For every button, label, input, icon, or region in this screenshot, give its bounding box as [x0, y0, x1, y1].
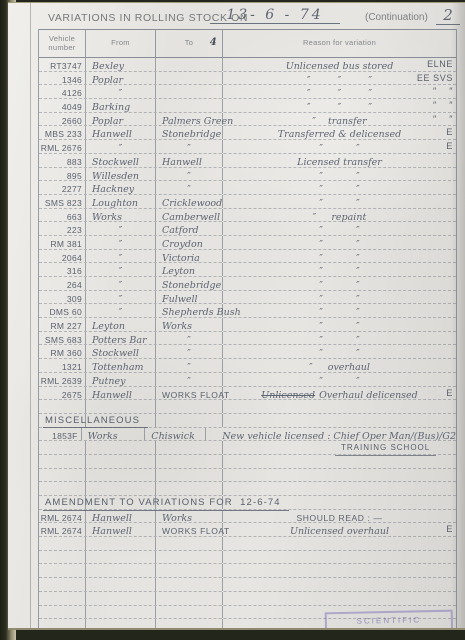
reason-cell: ″ ″: [223, 277, 456, 290]
from-cell: Poplar: [86, 72, 156, 85]
stamp-text: SCIENTIFIC: [357, 615, 422, 625]
to-cell: ″: [156, 359, 223, 372]
reason-text: ″ ″: [319, 376, 359, 387]
from-cell-text: Hackney: [92, 184, 134, 195]
margin-code: E: [446, 523, 453, 537]
column-header-vehicle: Vehicle number: [39, 30, 86, 57]
vehicle-cell: DMS 60: [39, 304, 86, 317]
to-cell-text: Chiswick: [151, 431, 195, 442]
to-cell-text: ″: [187, 171, 191, 182]
table-row: 309″Fulwell″ ″: [39, 291, 456, 305]
table-row: 663WorksCamberwell″ repaint: [39, 209, 456, 223]
table-row: RML 2639Putney″″ ″: [39, 373, 456, 387]
from-cell: ″: [86, 304, 156, 317]
from-cell: Potters Bar: [86, 332, 156, 345]
vehicle-cell-text: 1346: [62, 75, 82, 85]
variations-table: Vehicle number From To 4 Reason for vari…: [38, 29, 457, 630]
from-cell: ″: [86, 250, 156, 263]
to-cell-text: WORKS FLOAT: [162, 526, 230, 536]
from-cell-text: Stockwell: [92, 348, 139, 359]
from-cell-text: Hanwell: [92, 129, 132, 140]
vehicle-cell: MBS 233: [39, 126, 86, 139]
to-cell-text: Camberwell: [162, 212, 220, 223]
vehicle-cell-text: 895: [67, 171, 82, 181]
reason-cell: ″ ″: [223, 250, 456, 263]
reason-text: Overhaul delicensed: [319, 390, 418, 401]
vehicle-cell: RM 360: [39, 345, 86, 358]
from-cell-text: Putney: [92, 376, 125, 387]
table-row: 223″Catford″ ″: [39, 222, 456, 236]
to-cell: ″: [156, 181, 223, 194]
reason-cell: ″ ″: [223, 263, 456, 276]
to-cell: Stonebridge: [156, 277, 223, 290]
table-row: 264″Stonebridge″ ″: [39, 277, 456, 291]
table-row: MISCELLANEOUS: [39, 414, 456, 428]
to-cell-text: ″: [187, 348, 191, 359]
to-cell-text: Fulwell: [162, 294, 198, 305]
to-cell: Cricklewood: [156, 195, 223, 208]
vehicle-cell: 1321: [39, 359, 86, 372]
to-cell: [156, 564, 223, 577]
table-row: RM 381″Croydon″ ″: [39, 236, 456, 250]
reason-text: ″ ″: [319, 307, 359, 318]
vehicle-cell: [39, 606, 86, 619]
to-cell: ″: [156, 345, 223, 358]
from-cell-text: Poplar: [92, 75, 123, 86]
table-row: [39, 537, 456, 551]
to-cell: Fulwell: [156, 291, 223, 304]
vehicle-cell-text: 2660: [62, 116, 82, 126]
from-cell: Putney: [86, 373, 156, 386]
reason-cell: [223, 564, 456, 577]
reason-text: New vehicle licensed : Chief Oper Man/(B…: [222, 431, 456, 442]
from-cell: Hanwell: [86, 523, 156, 536]
vehicle-cell-text: 2675: [62, 390, 82, 400]
to-cell: Works: [156, 318, 223, 331]
from-cell-text: Hanwell: [92, 513, 132, 524]
reason-text: ″ ″: [319, 143, 359, 154]
reason-cell: ″ ″: [223, 181, 456, 194]
table-header-row: Vehicle number From To 4 Reason for vari…: [39, 29, 456, 58]
margin-code: EE SVS: [417, 72, 453, 86]
section-label: AMENDMENT TO VARIATIONS FOR 12-6-74: [43, 497, 289, 511]
from-cell-text: Stockwell: [92, 157, 139, 168]
reason-cell: UnlicensedOverhaul delicensedE: [223, 387, 456, 400]
vehicle-cell: RML 2676: [39, 140, 86, 153]
to-cell-text: ″: [187, 143, 191, 154]
from-cell: [86, 482, 156, 495]
vehicle-cell-text: 264: [67, 280, 82, 290]
reason-cell: [223, 455, 456, 468]
table-row: [39, 564, 456, 578]
vehicle-cell-text: 663: [67, 212, 82, 222]
from-cell: Tottenham: [86, 359, 156, 372]
reason-cell: ″ ″: [223, 236, 456, 249]
to-cell: [156, 72, 223, 85]
from-cell-text: ″: [119, 88, 123, 99]
to-cell-text: ″: [187, 362, 191, 373]
from-cell-text: ″: [119, 143, 123, 154]
from-cell: ″: [86, 85, 156, 98]
to-cell-text: WORKS FLOAT: [162, 390, 230, 400]
reason-cell: ″ overhaul: [223, 359, 456, 372]
from-cell-text: ″: [119, 253, 123, 264]
from-cell-text: ″: [119, 266, 123, 277]
from-cell-text: Hanwell: [92, 390, 132, 401]
table-row: 895Willesden″″ ″: [39, 168, 456, 182]
to-cell-text: Leyton: [162, 266, 195, 277]
reason-cell: [223, 414, 456, 427]
from-cell: [86, 441, 156, 454]
reason-text: ″ ″: [319, 335, 359, 346]
from-cell-text: ″: [119, 225, 123, 236]
vehicle-cell: RML 2639: [39, 373, 86, 386]
vehicle-cell-text: 883: [67, 157, 82, 167]
table-row: 883StockwellHanwellLicensed transfer: [39, 154, 456, 168]
to-cell: [156, 578, 223, 591]
reason-cell: ″ ″E: [223, 140, 456, 153]
ink-mark: 4: [210, 37, 217, 48]
from-cell-text: Bexley: [92, 61, 124, 72]
vehicle-cell: RML 2674: [39, 523, 86, 536]
reason-cell: ″ ″ ″EE SVS: [223, 72, 456, 85]
reason-text: ″ ″: [319, 280, 359, 291]
to-cell-text: Catford: [162, 225, 199, 236]
from-cell-text: Willesden: [92, 171, 139, 182]
table-row: [39, 578, 456, 592]
from-cell-text: Tottenham: [92, 362, 144, 373]
to-cell: ″: [156, 168, 223, 181]
to-cell: WORKS FLOAT: [156, 387, 223, 400]
reason-text: ″ ″ ″: [307, 102, 372, 113]
note-label: TRAINING SCHOOL: [335, 442, 436, 456]
reason-cell: ″ ″: [223, 304, 456, 317]
to-cell: Victoria: [156, 250, 223, 263]
table-row: SMS 823LoughtonCricklewood″ ″: [39, 195, 456, 209]
to-cell: [156, 99, 223, 112]
reason-cell: [223, 482, 456, 495]
to-cell: [156, 400, 223, 413]
to-cell: [156, 469, 223, 482]
vehicle-cell: [39, 564, 86, 577]
to-cell-text: Croydon: [162, 239, 203, 250]
page-number: 2: [436, 6, 460, 25]
vehicle-cell: 2064: [39, 250, 86, 263]
from-cell: [86, 564, 156, 577]
to-cell-text: Stonebridge: [162, 129, 221, 140]
table-row: RML 2674HanwellWorksSHOULD READ : —: [39, 510, 456, 524]
vehicle-cell: [39, 455, 86, 468]
from-cell: Hanwell: [86, 510, 156, 523]
reason-text: Unlicensed bus stored: [286, 61, 394, 72]
to-cell: [156, 85, 223, 98]
margin-code: E: [446, 140, 453, 154]
table-row: DMS 60″Shepherds Bush″ ″: [39, 304, 456, 318]
to-cell: ″: [156, 373, 223, 386]
reason-cell: [223, 578, 456, 591]
continuation-label: (Continuation): [365, 12, 428, 23]
table-row: [39, 551, 456, 565]
vehicle-cell: 883: [39, 154, 86, 167]
table-row: [39, 592, 456, 606]
vehicle-cell-text: RM 381: [50, 239, 82, 249]
vehicle-cell-text: MBS 233: [45, 129, 82, 139]
vehicle-cell-text: 4126: [62, 88, 82, 98]
table-row: RML 2676″″″ ″E: [39, 140, 456, 154]
to-cell: [156, 414, 223, 427]
vehicle-cell: 2660: [39, 113, 86, 126]
title-bar: VARIATIONS IN ROLLING STOCK ON 13- 6 - 7…: [8, 8, 465, 30]
reason-text: ″ ″: [319, 253, 359, 264]
reason-cell: ″ ″ ″″ ″: [223, 99, 456, 112]
to-cell: ″: [156, 140, 223, 153]
vehicle-cell-text: 2277: [62, 184, 82, 194]
table-row: RML 2674HanwellWORKS FLOATUnlicensed ove…: [39, 523, 456, 537]
vehicle-cell: [39, 551, 86, 564]
reason-text: ″ ″: [319, 294, 359, 305]
reason-text: ″ ″: [319, 171, 359, 182]
from-cell: Bexley: [86, 58, 156, 71]
table-row: 4049Barking″ ″ ″″ ″: [39, 99, 456, 113]
to-cell-text: Stonebridge: [162, 280, 221, 291]
vehicle-cell: [39, 482, 86, 495]
vehicle-cell-text: SMS 683: [45, 335, 82, 345]
from-cell: ″: [86, 140, 156, 153]
from-cell: Hackney: [86, 181, 156, 194]
from-cell-text: Hanwell: [92, 526, 132, 537]
from-cell: [86, 551, 156, 564]
from-cell-text: ″: [119, 280, 123, 291]
from-cell: Barking: [86, 99, 156, 112]
to-cell: Shepherds Bush: [156, 304, 223, 317]
from-cell-text: Works: [92, 212, 122, 223]
vehicle-cell-text: RM 227: [50, 321, 82, 331]
vehicle-cell: 2675: [39, 387, 86, 400]
reason-text: ″ ″: [319, 266, 359, 277]
reason-cell: SHOULD READ : —: [223, 510, 456, 523]
table-row: 2277Hackney″″ ″: [39, 181, 456, 195]
reason-text: ″ ″: [319, 348, 359, 359]
vehicle-cell: [39, 537, 86, 550]
vehicle-cell: [39, 469, 86, 482]
column-header-from: From: [86, 30, 156, 57]
margin-code: ELNE: [427, 58, 453, 72]
vehicle-cell-text: 4049: [62, 102, 82, 112]
from-cell: [86, 619, 156, 630]
from-cell: ″: [86, 291, 156, 304]
vehicle-cell: RT3747: [39, 58, 86, 71]
from-cell: [86, 537, 156, 550]
to-cell: WORKS FLOAT: [156, 523, 223, 536]
to-cell: [156, 606, 223, 619]
margin-code: ″ ″: [433, 99, 453, 113]
to-cell: [156, 619, 223, 630]
from-cell: [86, 578, 156, 591]
reason-cell: New vehicle licensed : Chief Oper Man/(B…: [206, 428, 456, 441]
reason-text: SHOULD READ : —: [297, 513, 383, 523]
from-cell: [86, 469, 156, 482]
reason-cell: ″ ″: [223, 291, 456, 304]
handwritten-date: 13- 6 - 74: [210, 7, 340, 24]
reason-cell: [223, 537, 456, 550]
reason-text: ″ repaint: [313, 212, 367, 223]
from-cell: [86, 400, 156, 413]
from-cell: ″: [86, 236, 156, 249]
vehicle-cell: [39, 592, 86, 605]
vehicle-cell: 309: [39, 291, 86, 304]
reason-cell: ″ ″: [223, 195, 456, 208]
vehicle-cell: 1346: [39, 72, 86, 85]
document-page: VARIATIONS IN ROLLING STOCK ON 13- 6 - 7…: [8, 2, 465, 630]
from-cell-text: Works: [88, 431, 118, 442]
table-body: RT3747BexleyUnlicensed bus storedELNE134…: [39, 58, 456, 630]
margin-code: ″ ″: [433, 85, 453, 99]
reason-cell: ″ ″: [223, 168, 456, 181]
from-cell: Works: [86, 209, 156, 222]
table-row: 2675HanwellWORKS FLOATUnlicensedOverhaul…: [39, 387, 456, 401]
margin-code: E: [446, 387, 453, 401]
table-row: 1321Tottenham″″ overhaul: [39, 359, 456, 373]
from-cell: Leyton: [86, 318, 156, 331]
vehicle-cell: RM 227: [39, 318, 86, 331]
table-row: 2064″Victoria″ ″: [39, 250, 456, 264]
reason-cell: ″ ″: [223, 318, 456, 331]
table-row: RM 227LeytonWorks″ ″: [39, 318, 456, 332]
table-row: 4126″″ ″ ″″ ″: [39, 85, 456, 99]
reason-text: ″ ″: [319, 321, 359, 332]
from-cell: Poplar: [86, 113, 156, 126]
to-cell: Works: [156, 510, 223, 523]
vehicle-cell-text: 1853F: [52, 431, 78, 441]
vehicle-cell-text: RML 2674: [41, 513, 82, 523]
library-stamp: SCIENTIFIC: [325, 610, 454, 630]
vehicle-cell-text: 316: [67, 266, 82, 276]
reason-text: ″ ″ ″: [307, 88, 372, 99]
scanned-document: { "page": { "title": "VARIATIONS IN ROLL…: [0, 0, 465, 640]
vehicle-cell: 895: [39, 168, 86, 181]
from-cell: Stockwell: [86, 345, 156, 358]
to-cell: Palmers Green: [156, 113, 223, 126]
from-cell: Works: [82, 428, 146, 441]
reason-text: ″ ″: [319, 198, 359, 209]
to-cell: [156, 58, 223, 71]
to-cell: Leyton: [156, 263, 223, 276]
page-fold-line: [30, 3, 31, 628]
vehicle-cell-text: RML 2639: [41, 376, 82, 386]
reason-cell: [223, 551, 456, 564]
vehicle-cell-text: RML 2676: [41, 143, 82, 153]
vehicle-cell: 4126: [39, 85, 86, 98]
table-row: [39, 455, 456, 469]
to-cell-text: ″: [187, 376, 191, 387]
from-cell-text: Loughton: [92, 198, 138, 209]
to-cell: Hanwell: [156, 154, 223, 167]
table-row: 316″Leyton″ ″: [39, 263, 456, 277]
reason-text: Unlicensed overhaul: [290, 526, 389, 537]
from-cell: [86, 592, 156, 605]
vehicle-cell: 264: [39, 277, 86, 290]
to-cell: [156, 551, 223, 564]
to-cell-text: Victoria: [162, 253, 200, 264]
reason-cell: Licensed transfer: [223, 154, 456, 167]
table-row: [39, 469, 456, 483]
vehicle-cell-text: RM 360: [50, 348, 82, 358]
reason-cell: Transferred & delicensedE: [223, 126, 456, 139]
reason-text: ″ overhaul: [309, 362, 370, 373]
reason-cell: ″ ″: [223, 332, 456, 345]
reason-cell: ″ ″: [223, 345, 456, 358]
vehicle-cell-text: 2064: [62, 253, 82, 263]
table-row: RT3747BexleyUnlicensed bus storedELNE: [39, 58, 456, 72]
table-row: AMENDMENT TO VARIATIONS FOR 12-6-74: [39, 496, 456, 510]
to-cell: Chiswick: [145, 428, 206, 441]
table-row: 2660PoplarPalmers Green″ transfer″ ″: [39, 113, 456, 127]
margin-code: E: [446, 126, 453, 140]
reason-cell: ″ transfer″ ″: [223, 113, 456, 126]
column-header-to: To 4: [156, 30, 223, 57]
reason-text: ″ ″: [319, 239, 359, 250]
from-cell-text: Poplar: [92, 116, 123, 127]
table-row: [39, 400, 456, 414]
reason-cell: ″ repaint: [223, 209, 456, 222]
vehicle-cell: 223: [39, 222, 86, 235]
from-cell: ″: [86, 222, 156, 235]
vehicle-cell-text: RML 2674: [41, 526, 82, 536]
reason-text: ″ transfer: [312, 116, 366, 127]
vehicle-cell: SMS 683: [39, 332, 86, 345]
reason-text: ″ ″: [319, 184, 359, 195]
from-cell-text: ″: [119, 294, 123, 305]
to-cell: [156, 592, 223, 605]
reason-text: ″ ″ ″: [307, 75, 372, 86]
from-cell-text: ″: [119, 307, 123, 318]
vehicle-cell: [39, 400, 86, 413]
vehicle-cell: 663: [39, 209, 86, 222]
to-cell-text: Cricklewood: [162, 198, 222, 209]
from-cell: Willesden: [86, 168, 156, 181]
reason-text: Transferred & delicensed: [278, 129, 401, 140]
vehicle-cell-text: SMS 823: [45, 198, 82, 208]
column-header-to-label: To: [185, 39, 194, 48]
to-cell-text: Works: [162, 513, 192, 524]
table-row: TRAINING SCHOOL: [39, 441, 456, 455]
to-cell-text: Works: [162, 321, 192, 332]
from-cell: ″: [86, 277, 156, 290]
vehicle-cell-text: DMS 60: [49, 307, 82, 317]
reason-cell: ″ ″ ″″ ″: [223, 85, 456, 98]
vehicle-cell: RM 381: [39, 236, 86, 249]
to-cell: [156, 537, 223, 550]
from-cell-text: ″: [119, 239, 123, 250]
reason-struck-text: Unlicensed: [261, 390, 315, 401]
vehicle-cell-text: 223: [67, 225, 82, 235]
table-row: 1853FWorksChiswickNew vehicle licensed :…: [39, 428, 456, 442]
vehicle-cell-text: 309: [67, 294, 82, 304]
vehicle-cell: SMS 823: [39, 195, 86, 208]
column-header-reason: Reason for variation: [223, 30, 456, 57]
table-row: 1346Poplar″ ″ ″EE SVS: [39, 72, 456, 86]
from-cell: Stockwell: [86, 154, 156, 167]
from-cell: [86, 455, 156, 468]
vehicle-cell: RML 2674: [39, 510, 86, 523]
margin-code: ″ ″: [433, 113, 453, 127]
reason-cell: [223, 469, 456, 482]
reason-text: ″ ″: [319, 225, 359, 236]
to-cell: [156, 482, 223, 495]
to-cell-text: Hanwell: [162, 157, 202, 168]
vehicle-cell: 1853F: [39, 428, 82, 441]
from-cell: Loughton: [86, 195, 156, 208]
